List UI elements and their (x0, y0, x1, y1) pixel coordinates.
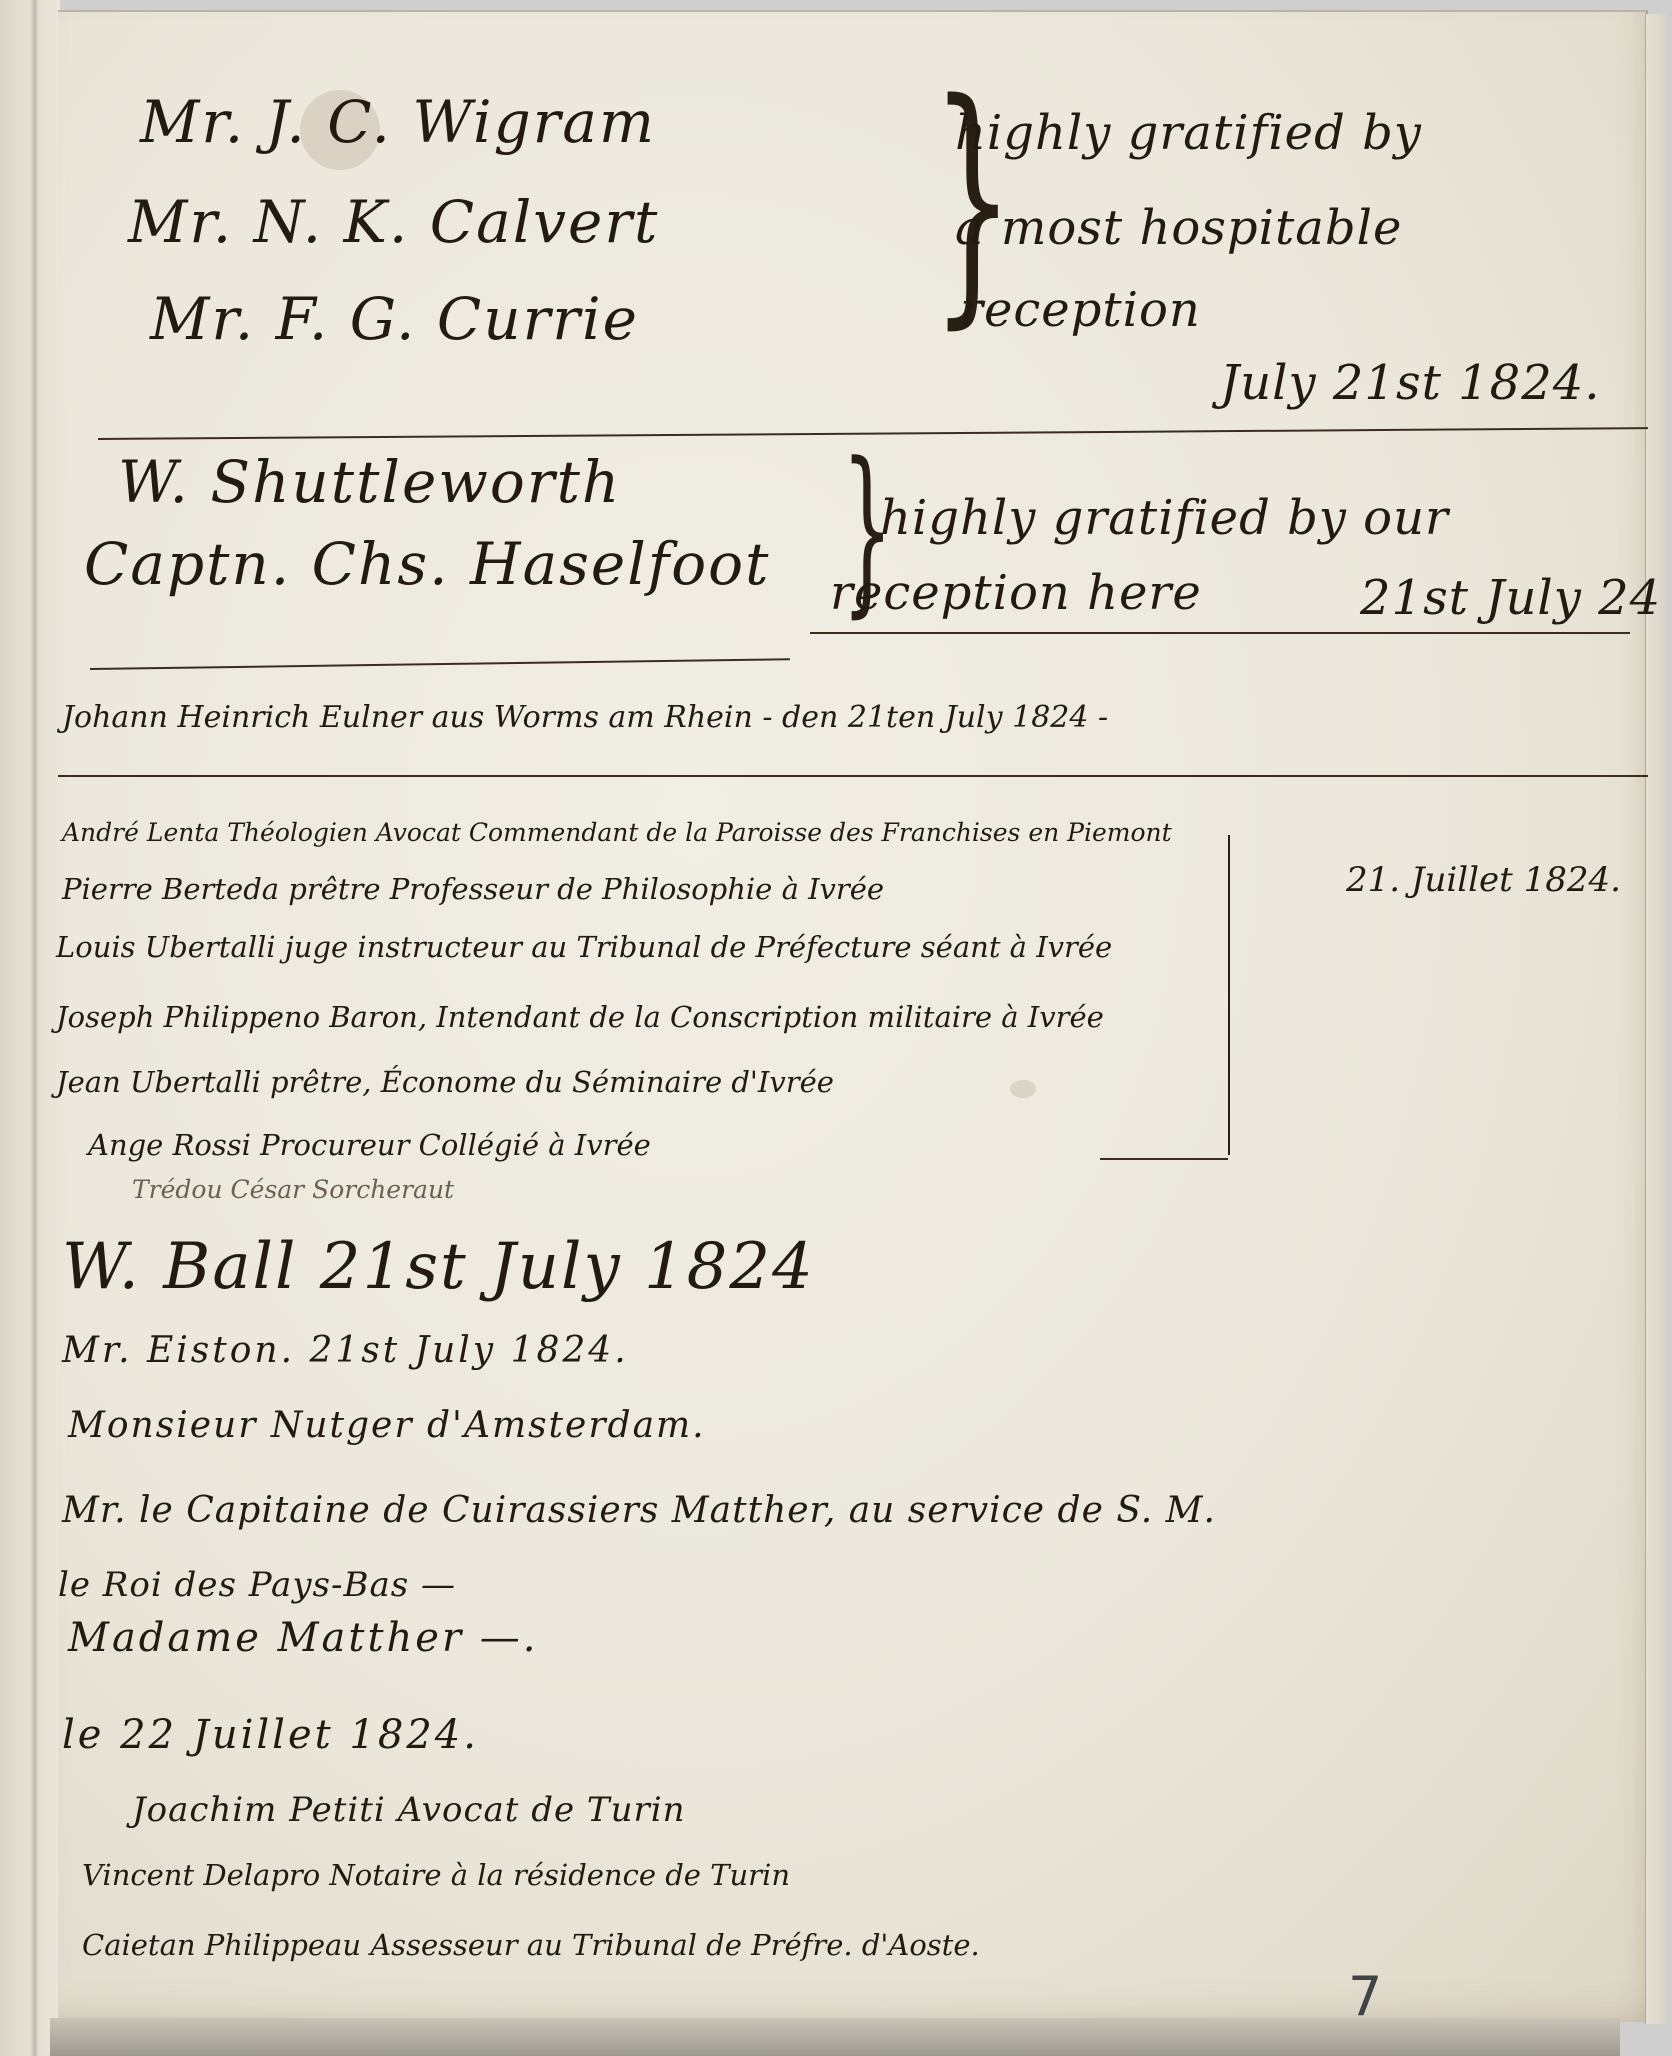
divider-line (58, 775, 1648, 777)
remark-line: highly gratified by (955, 105, 1422, 161)
ink-stain (1010, 1080, 1036, 1098)
bracket-foot (1100, 1158, 1228, 1160)
signature-line: W. Ball 21st July 1824 (62, 1230, 815, 1304)
signature-line: Pierre Berteda prêtre Professeur de Phil… (62, 872, 884, 906)
signature-name: Mr. J. C. Wigram (140, 88, 656, 156)
signature-line: Vincent Delapro Notaire à la résidence d… (82, 1858, 790, 1892)
signature-line: Louis Ubertalli juge instructeur au Trib… (56, 930, 1112, 964)
signature-line: Caietan Philippeau Assesseur au Tribunal… (82, 1928, 980, 1962)
signature-line: le Roi des Pays-Bas — (58, 1565, 456, 1605)
entry-date: le 22 Juillet 1824. (62, 1712, 479, 1758)
signature-line: Johann Heinrich Eulner aus Worms am Rhei… (62, 700, 1108, 735)
signature-name: Mr. N. K. Calvert (128, 188, 659, 256)
signature-line: Mr. le Capitaine de Cuirassiers Matther,… (62, 1490, 1216, 1531)
entry-date: July 21st 1824. (1220, 355, 1601, 411)
book-binding-gutter (0, 0, 60, 2056)
signature-line: Mr. Eiston. 21st July 1824. (62, 1330, 629, 1371)
entry-date: 21st July 24 (1360, 570, 1661, 626)
entry-date: 21. Juillet 1824. (1346, 860, 1621, 900)
page-number: 7 (1348, 1965, 1382, 2028)
signature-name: Mr. F. G. Currie (150, 285, 639, 353)
signature-name: W. Shuttleworth (118, 448, 621, 516)
remark-line: highly gratified by our (880, 490, 1449, 546)
page-edge (1645, 14, 1666, 2024)
signature-line: Monsieur Nutger d'Amsterdam. (68, 1405, 706, 1446)
signature-name: Captn. Chs. Haselfoot (84, 530, 770, 598)
signature-line: Ange Rossi Procureur Collégié à Ivrée (88, 1128, 651, 1162)
signature-line-faint: Trédou César Sorcheraut (132, 1175, 454, 1204)
remark-line: a most hospitable (955, 200, 1402, 256)
signature-line: André Lenta Théologien Avocat Commendant… (62, 818, 1172, 847)
signature-line: Joseph Philippeno Baron, Intendant de la… (56, 1000, 1104, 1034)
page-bottom-edge (50, 2018, 1620, 2056)
remark-line: reception here (830, 565, 1202, 621)
signature-line: Madame Matther —. (68, 1615, 539, 1661)
bracket-line (1228, 835, 1230, 1155)
divider-line (810, 632, 1630, 634)
signature-line: Jean Ubertalli prêtre, Économe du Sémina… (56, 1065, 834, 1099)
remark-line: reception (960, 282, 1201, 338)
signature-line: Joachim Petiti Avocat de Turin (132, 1790, 686, 1830)
